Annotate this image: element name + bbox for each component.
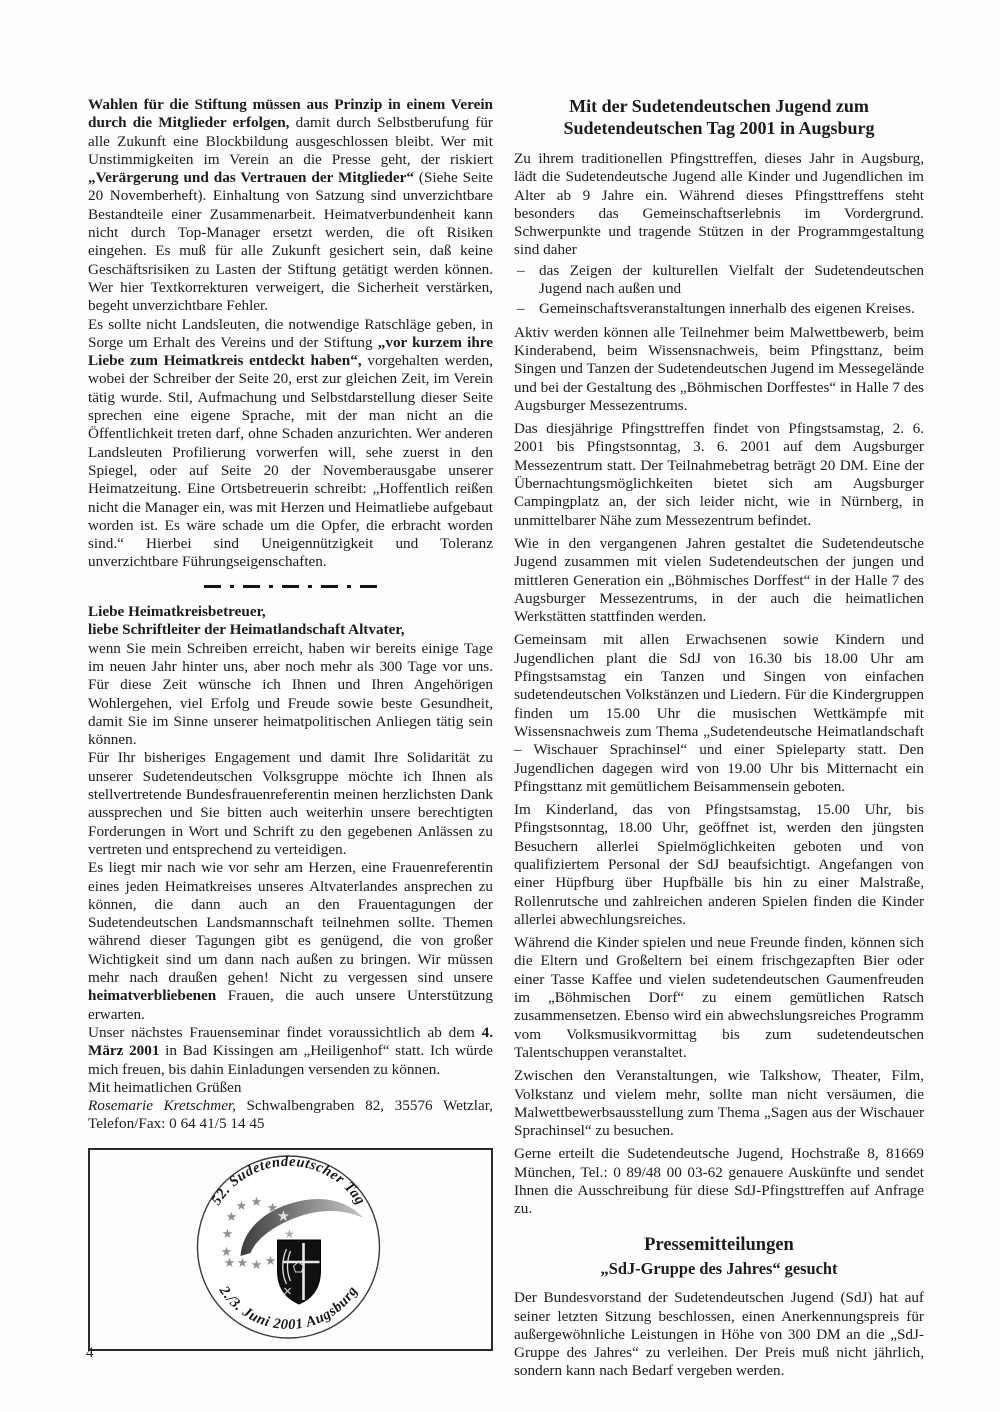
newsletter-page: Wahlen für die Stiftung müssen aus Prinz… [0,0,1000,1412]
closing-line: Mit heimatlichen Grüßen [88,1079,493,1097]
star-icon: ★ [237,1255,249,1270]
bold-run: „Verärgerung und das Vertrauen der Mitgl… [88,169,414,186]
star-icon-light: ★ [277,1209,290,1225]
signature-name: Rosemarie Kretschmer, [88,1097,236,1114]
divider-dot [269,585,273,588]
star-icon: ★ [222,1226,234,1241]
letter-salutation-line2: liebe Schriftleiter der Heimatlandschaft… [88,621,493,639]
star-icon: ★ [236,1198,248,1213]
star-icon: ★ [265,1253,277,1268]
paragraph-kontakt: Gerne erteilt die Sudetendeutsche Jugend… [514,1145,924,1218]
list-item: –das Zeigen der kulturellen Vielfalt der… [514,262,924,299]
paragraph-frauenseminar: Unser nächstes Frauenseminar findet vora… [88,1024,493,1079]
divider-dash [243,585,260,588]
sudetendeutscher-tag-logo: ★ ★ ★ ★ ★ ★ ★ ★ ★ ★ ★ ★ [90,1150,491,1349]
text-run: Unser nächstes Frauenseminar findet vora… [88,1024,482,1041]
sudetendeutscher-tag-logo-box: ★ ★ ★ ★ ★ ★ ★ ★ ★ ★ ★ ★ [88,1148,493,1351]
star-icon: ★ [251,1194,263,1209]
star-icon: ★ [251,1257,263,1272]
list-item: –Gemeinschaftsveranstaltungen innerhalb … [514,300,924,318]
paragraph-landsleute: Es sollte nicht Landsleuten, die notwend… [88,316,493,572]
bold-run: heimatverbliebenen [88,987,216,1004]
paragraph-engagement: Für Ihr bisheriges Engagement und damit … [88,749,493,859]
text-run: (Siehe Seite 20 Novemberheft). Einhaltun… [88,169,493,314]
paragraph-frauenreferentin: Es liegt mir nach wie vor sehr am Herzen… [88,859,493,1024]
star-icon: ★ [224,1255,236,1270]
article-title-line2: Sudetendeutschen Tag 2001 in Augsburg [563,118,874,138]
paragraph-neujahr: wenn Sie mein Schreiben erreicht, haben … [88,640,493,750]
divider-dot [347,585,351,588]
paragraph-programm-samstag: Gemeinsam mit allen Erwachsenen sowie Ki… [514,631,924,796]
paragraph-anerkennungspreis: Der Bundesvorstand der Sudetendeutschen … [514,1289,924,1380]
paragraph-dorffest: Wie in den vergangenen Jahren gestaltet … [514,535,924,626]
divider-dash [321,585,338,588]
divider-dash [204,585,221,588]
paragraph-stiftung: Wahlen für die Stiftung müssen aus Prinz… [88,96,493,316]
article-title: Mit der Sudetendeutschen Jugend zum Sude… [514,96,924,139]
star-icon: ★ [226,1209,238,1224]
divider-dot [308,585,312,588]
text-run: Es liegt mir nach wie vor sehr am Herzen… [88,859,493,986]
section-title-pressemitteilungen: Pressemitteilungen [514,1236,924,1254]
paragraph-ausstellung: Zwischen den Veranstaltungen, wie Talksh… [514,1067,924,1140]
letter-salutation-line1: Liebe Heimatkreisbetreuer, [88,603,493,621]
paragraph-termin-kosten: Das diesjährige Pfingsttreffen findet vo… [514,420,924,530]
left-column: Wahlen für die Stiftung müssen aus Prinz… [88,96,493,1351]
list-item-text: Gemeinschaftsveranstaltungen innerhalb d… [539,300,915,317]
divider-dot [230,585,234,588]
paragraph-eltern: Während die Kinder spielen und neue Freu… [514,934,924,1062]
article-title-line1: Mit der Sudetendeutschen Jugend zum [569,96,869,116]
subsection-title-sdj-gruppe: „SdJ-Gruppe des Jahres“ gesucht [514,1260,924,1278]
text-run: vorgehalten werden, wobei der Schreiber … [88,352,493,570]
bullet-dash: – [517,300,525,318]
right-column: Mit der Sudetendeutschen Jugend zum Sude… [514,96,924,1381]
dash-dot-divider [88,585,493,588]
page-number: 4 [86,1344,94,1362]
bullet-dash: – [517,262,525,280]
divider-dash [360,585,377,588]
paragraph-aktivitaeten: Aktiv werden können alle Teilnehmer beim… [514,324,924,415]
star-icon-gray: ★ [284,1227,295,1241]
divider-dash [282,585,299,588]
signature-line: Rosemarie Kretschmer, Schwalbengraben 82… [88,1097,493,1134]
paragraph-kinderland: Im Kinderland, das von Pfingstsamstag, 1… [514,801,924,929]
list-item-text: das Zeigen der kulturellen Vielfalt der … [539,262,924,297]
paragraph-pfingsttreffen-intro: Zu ihrem traditionellen Pfingsttreffen, … [514,150,924,260]
